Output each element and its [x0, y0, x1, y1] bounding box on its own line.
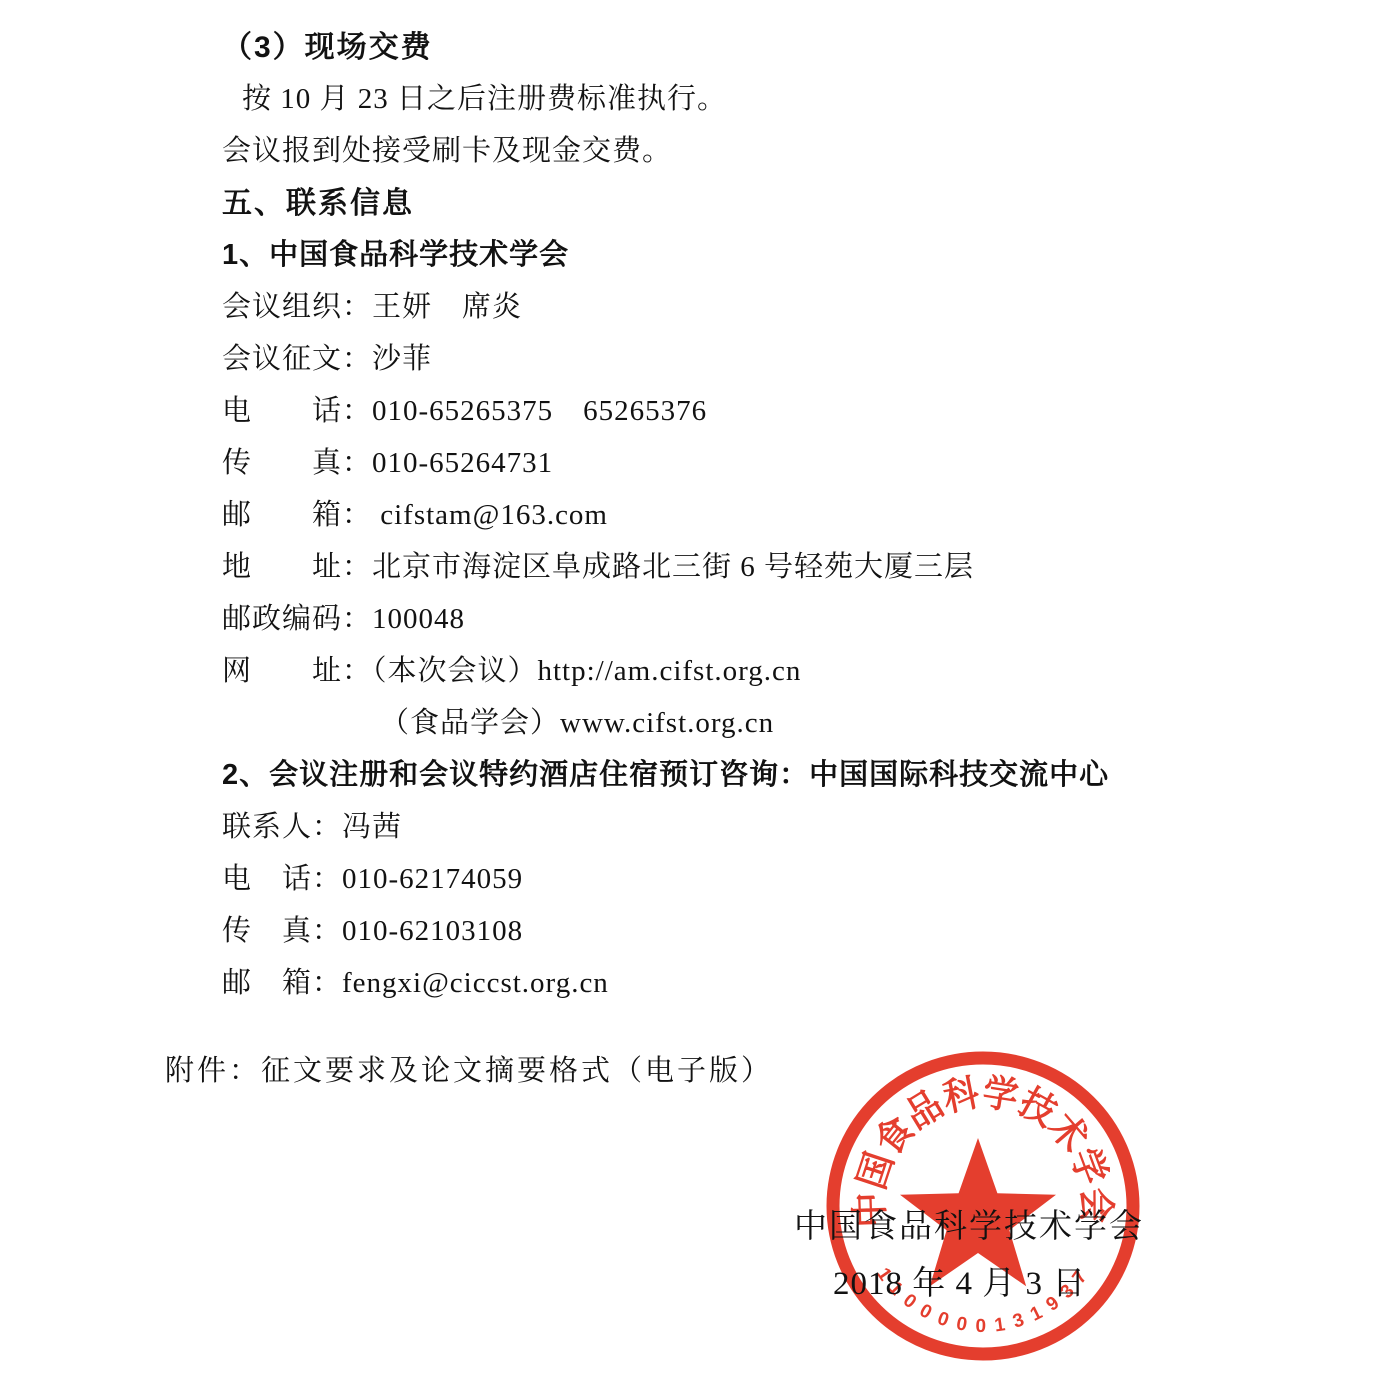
attachment-note: 附件：征文要求及论文摘要格式（电子版） — [165, 1048, 773, 1089]
text-line-website-conference: 网 址：（本次会议）http://am.cifst.org.cn — [222, 642, 1350, 694]
section-heading-onsite-payment: （3）现场交费 — [222, 18, 1350, 70]
text-line-phone: 电 话：010-65265375 65265376 — [222, 382, 1350, 434]
text-line-website-society: （食品学会）www.cifst.org.cn — [222, 694, 1350, 746]
signature-date: 2018 年 4 月 3 日 — [833, 1257, 1086, 1304]
text-line-fax: 传 真：010-65264731 — [222, 434, 1350, 486]
subsection-heading-cifst: 1、中国食品科学技术学会 — [222, 226, 1350, 278]
text-line-phone2: 电 话：010-62174059 — [222, 850, 1350, 902]
document-page: （3）现场交费 按 10 月 23 日之后注册费标准执行。 会议报到处接受刷卡及… — [0, 0, 1390, 1386]
text-line-contact-person: 联系人：冯茜 — [222, 798, 1350, 850]
signature-organization: 中国食品科学技术学会 — [794, 1200, 1144, 1247]
subsection-heading-registration-hotel: 2、会议注册和会议特约酒店住宿预订咨询：中国国际科技交流中心 — [222, 746, 1350, 798]
text-line-call-for-papers: 会议征文：沙菲 — [222, 330, 1350, 382]
document-body: （3）现场交费 按 10 月 23 日之后注册费标准执行。 会议报到处接受刷卡及… — [222, 18, 1350, 1006]
text-line-postal-code: 邮政编码：100048 — [222, 590, 1350, 642]
section-heading-contact-info: 五、联系信息 — [222, 174, 1350, 226]
text-line: 会议报到处接受刷卡及现金交费。 — [222, 122, 1350, 174]
text-line-address: 地 址：北京市海淀区阜成路北三街 6 号轻苑大厦三层 — [222, 538, 1350, 590]
text-line-fax2: 传 真：010-62103108 — [222, 902, 1350, 954]
text-line-conference-organizers: 会议组织：王妍 席炎 — [222, 278, 1350, 330]
text-line-email2: 邮 箱：fengxi@ciccst.org.cn — [222, 954, 1350, 1006]
text-line-email: 邮 箱： cifstam@163.com — [222, 486, 1350, 538]
text-line: 按 10 月 23 日之后注册费标准执行。 — [222, 70, 1350, 122]
